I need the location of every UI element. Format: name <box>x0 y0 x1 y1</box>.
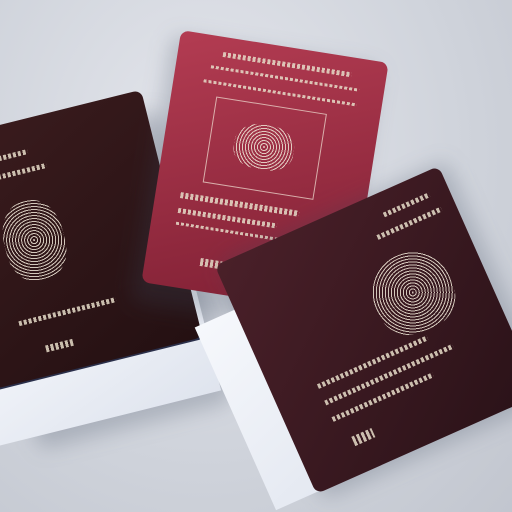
cover-text <box>223 52 352 77</box>
cover-text <box>18 297 116 326</box>
cover-text <box>0 149 28 164</box>
crest-emblem-icon <box>0 194 73 286</box>
cover-text <box>0 163 47 182</box>
cover-text <box>45 339 74 353</box>
cover-text <box>351 428 375 446</box>
eagle-emblem-icon <box>360 240 466 346</box>
